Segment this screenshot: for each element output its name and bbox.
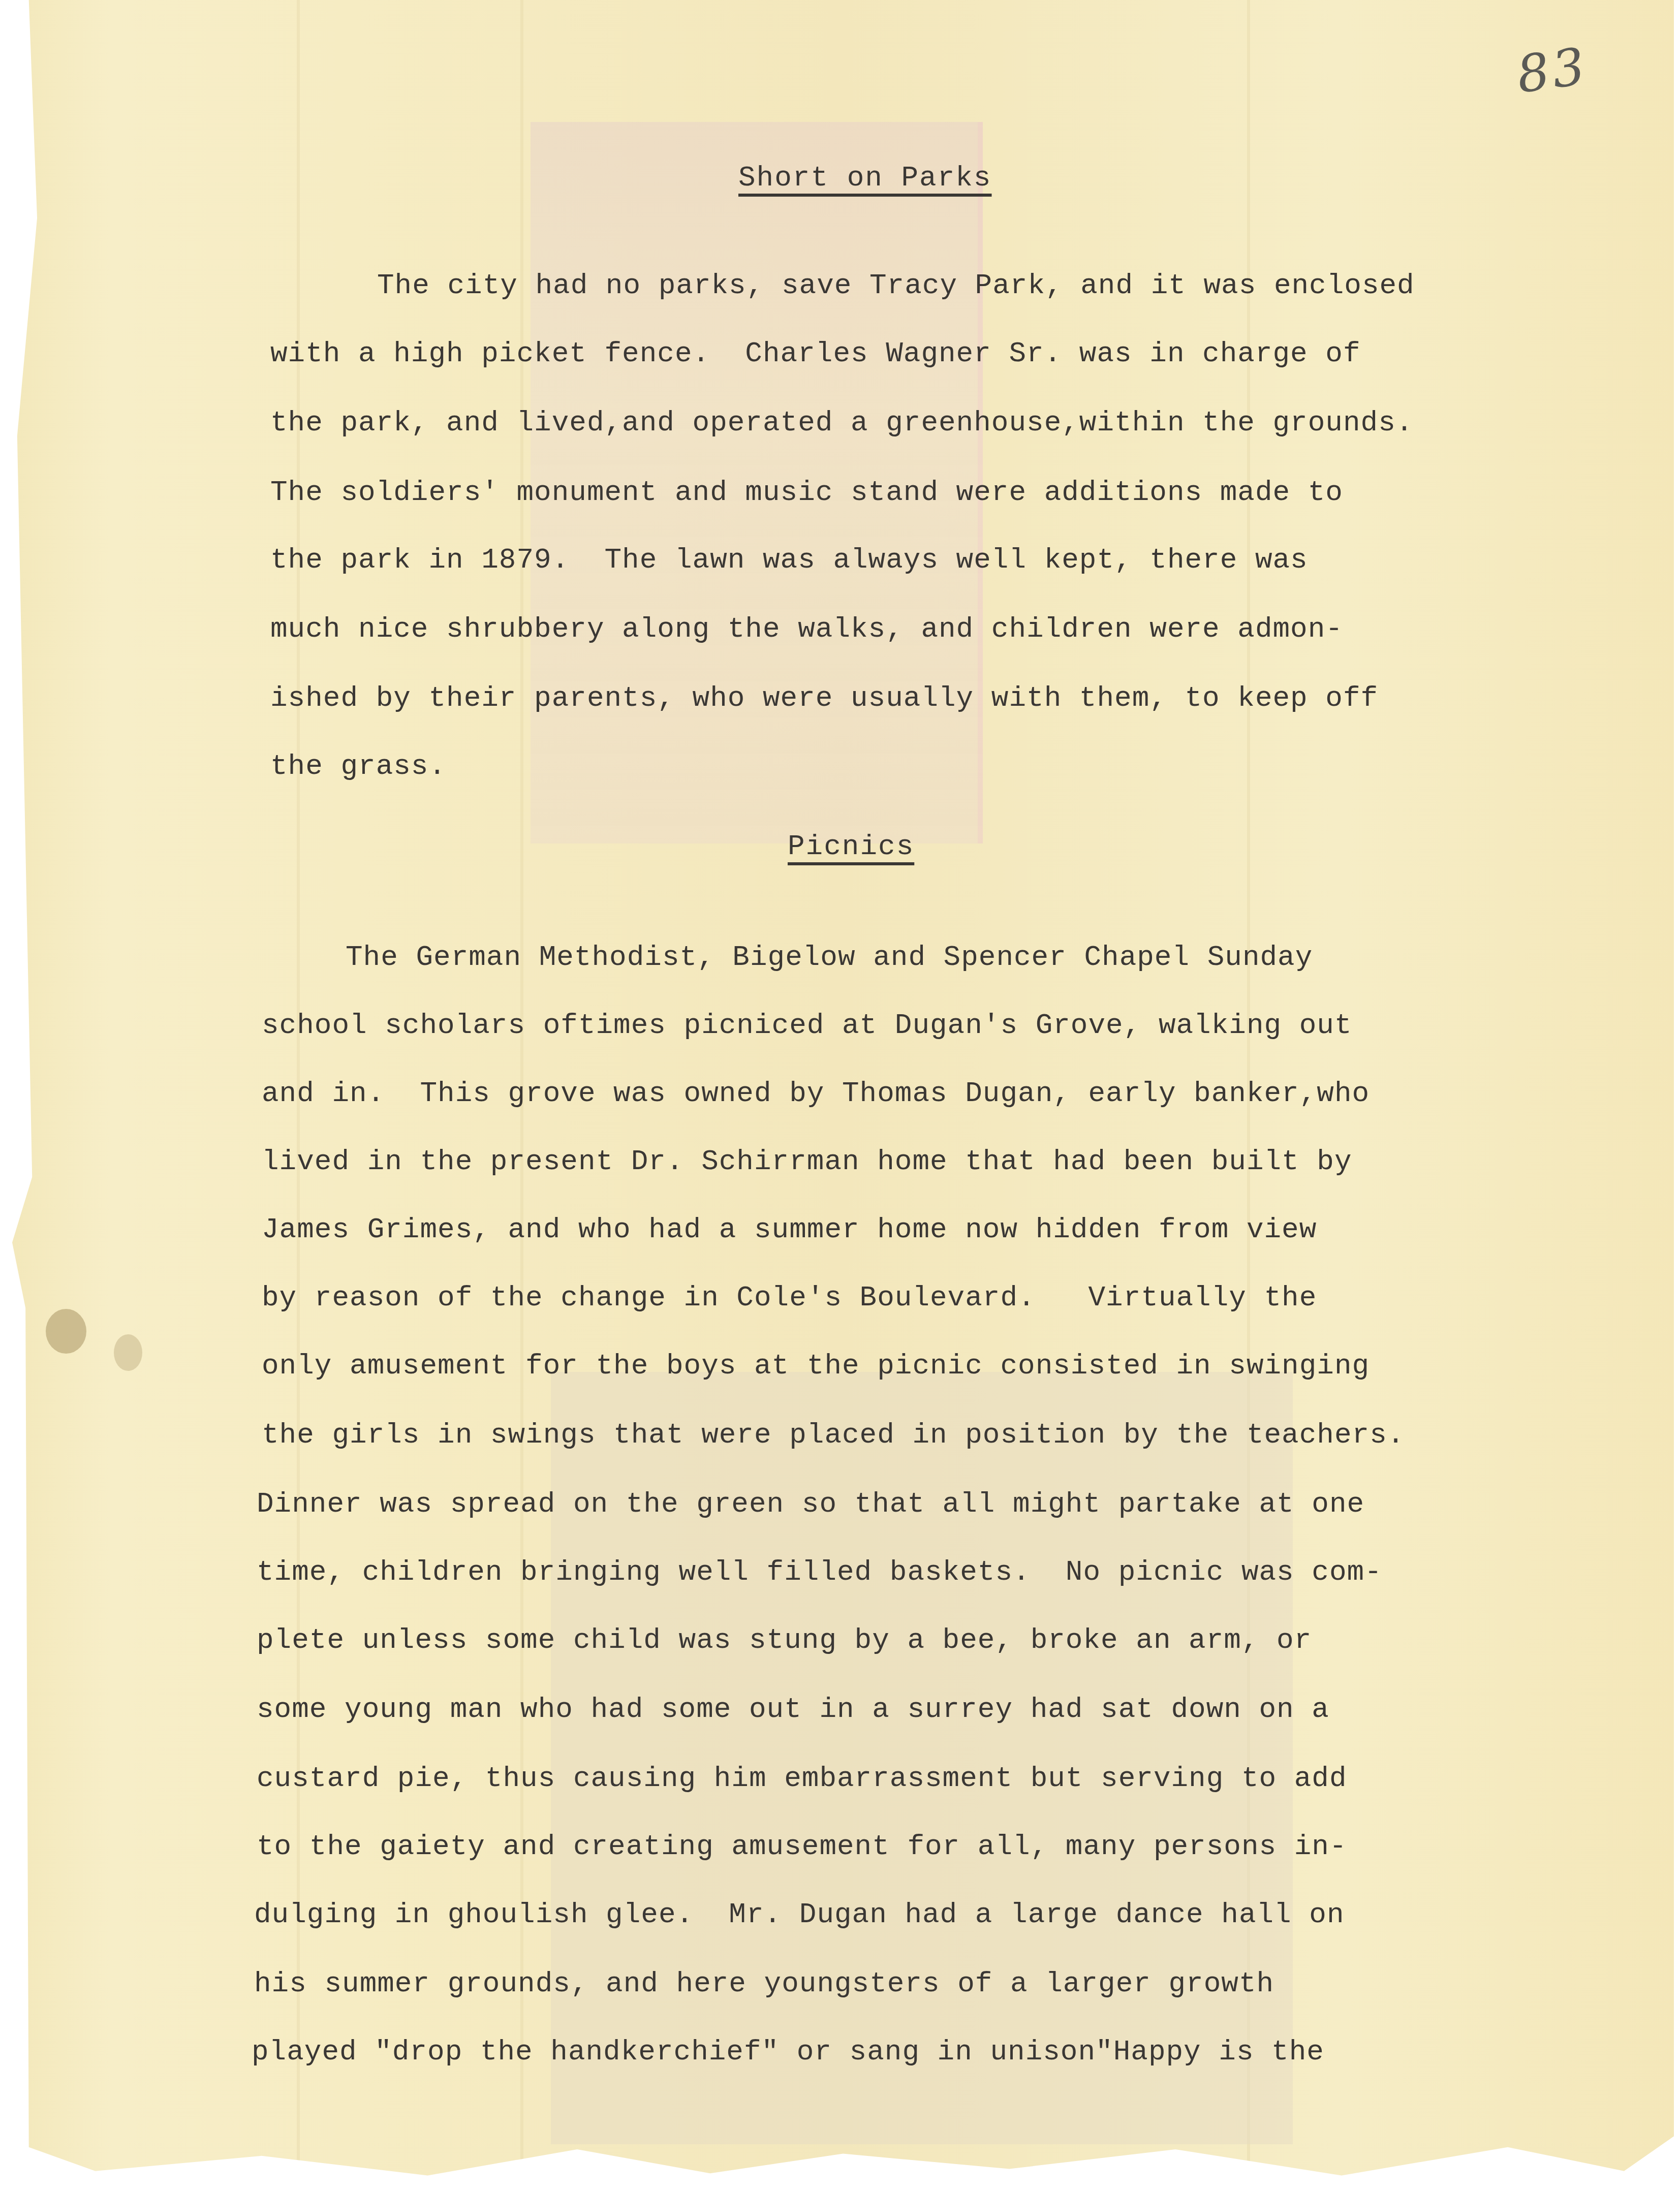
text-line: much nice shrubbery along the walks, and…	[270, 613, 1343, 645]
text-line: school scholars oftimes picniced at Duga…	[262, 1009, 1352, 1042]
text-line: The city had no parks, save Tracy Park, …	[377, 269, 1415, 302]
text-line: Dinner was spread on the green so that a…	[257, 1488, 1364, 1520]
text-line: and in. This grove was owned by Thomas D…	[262, 1077, 1370, 1110]
text-line: lived in the present Dr. Schirrman home …	[262, 1145, 1352, 1178]
text-line: time, children bringing well filled bask…	[257, 1556, 1382, 1588]
text-line: The soldiers' monument and music stand w…	[270, 476, 1343, 509]
section-heading-picnics: Picnics	[788, 830, 914, 863]
text-line: the girls in swings that were placed in …	[262, 1419, 1405, 1451]
text-line: played "drop the handkerchief" or sang i…	[252, 2036, 1324, 2068]
handwritten-page-number: 83	[1513, 36, 1592, 105]
text-line: ished by their parents, who were usually…	[270, 682, 1378, 714]
text-line: the park in 1879. The lawn was always we…	[270, 544, 1308, 576]
text-line: custard pie, thus causing him embarrassm…	[257, 1762, 1347, 1795]
text-line: the park, and lived,and operated a green…	[270, 406, 1413, 439]
text-line: James Grimes, and who had a summer home …	[262, 1213, 1317, 1246]
text-line: plete unless some child was stung by a b…	[257, 1624, 1312, 1656]
paper-stain	[114, 1334, 142, 1371]
text-line: some young man who had some out in a sur…	[257, 1693, 1329, 1726]
text-line: to the gaiety and creating amusement for…	[257, 1830, 1347, 1863]
text-line: with a high picket fence. Charles Wagner…	[270, 337, 1361, 370]
text-line: only amusement for the boys at the picni…	[262, 1350, 1370, 1382]
paper-stain	[46, 1309, 86, 1354]
text-line: the grass.	[270, 750, 446, 782]
text-line: The German Methodist, Bigelow and Spence…	[346, 941, 1313, 974]
text-line: by reason of the change in Cole's Boulev…	[262, 1281, 1317, 1314]
text-line: dulging in ghoulish glee. Mr. Dugan had …	[254, 1898, 1345, 1931]
text-line: his summer grounds, and here youngsters …	[254, 1967, 1274, 2000]
section-heading-short-on-parks: Short on Parks	[738, 162, 991, 194]
